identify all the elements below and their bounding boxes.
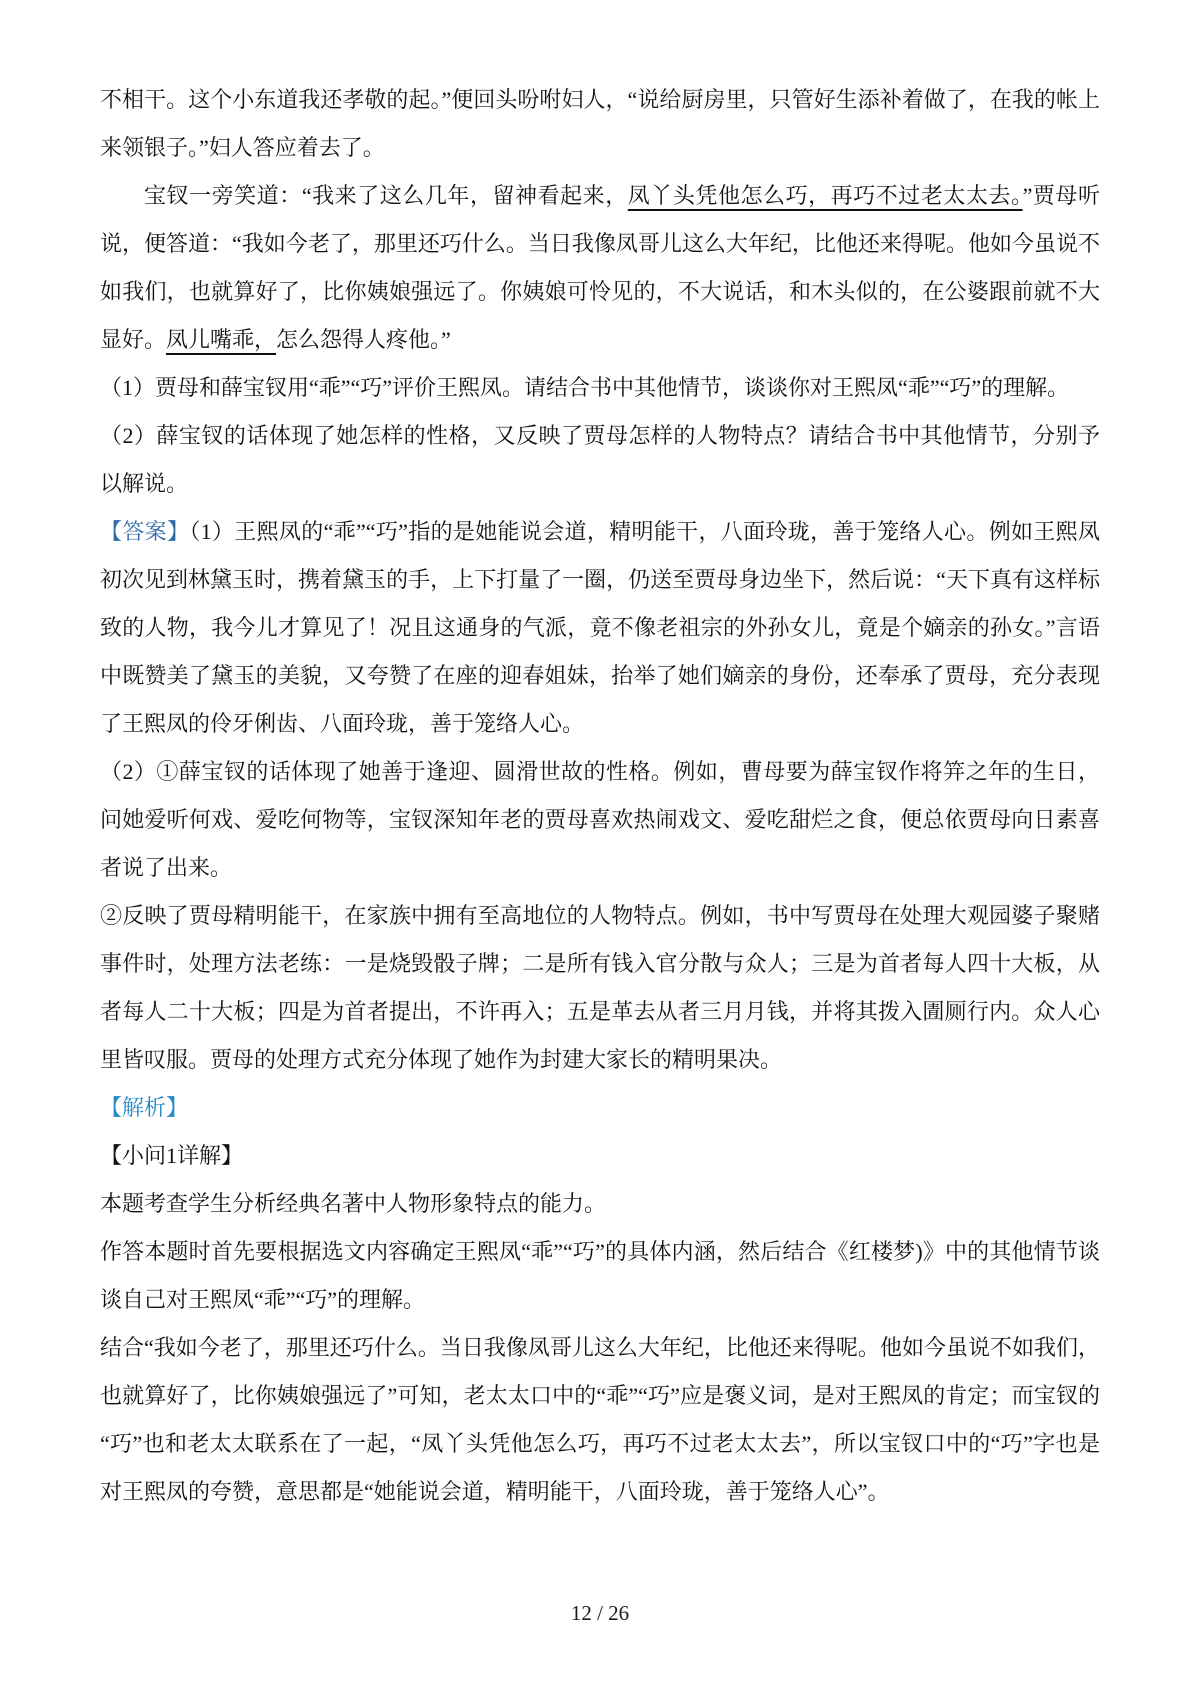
text-run: 不相干。这个小东道我还孝敬的起。”便回头吩咐妇人，“说给厨房里，只管好生添补着做… bbox=[100, 87, 1100, 160]
question-2: （2）薛宝钗的话体现了她怎样的性格，又反映了贾母怎样的人物特点？请结合书中其他情… bbox=[100, 412, 1100, 508]
document-body: 不相干。这个小东道我还孝敬的起。”便回头吩咐妇人，“说给厨房里，只管好生添补着做… bbox=[100, 76, 1100, 1516]
analysis-label: 【解析】 bbox=[100, 1084, 1100, 1132]
text-run: ②反映了贾母精明能干，在家族中拥有至高地位的人物特点。例如，书中写贾母在处理大观… bbox=[100, 903, 1100, 1072]
text-run: （2）薛宝钗的话体现了她怎样的性格，又反映了贾母怎样的人物特点？请结合书中其他情… bbox=[100, 423, 1100, 496]
answer-part-2-point-2: ②反映了贾母精明能干，在家族中拥有至高地位的人物特点。例如，书中写贾母在处理大观… bbox=[100, 892, 1100, 1084]
answer-part-1: 【答案】（1）王熙凤的“乖”“巧”指的是她能说会道，精明能干，八面玲珑，善于笼络… bbox=[100, 508, 1100, 748]
document-page: 不相干。这个小东道我还孝敬的起。”便回头吩咐妇人，“说给厨房里，只管好生添补着做… bbox=[0, 0, 1200, 1697]
underlined-text: 凤儿嘴乖， bbox=[166, 327, 276, 352]
text-run: 【小问1详解】 bbox=[100, 1143, 243, 1168]
text-run: 本题考查学生分析经典名著中人物形象特点的能力。 bbox=[100, 1191, 606, 1216]
source-excerpt-baochai-dialogue: 宝钗一旁笑道：“我来了这么几年，留神看起来，凤丫头凭他怎么巧，再巧不过老太太去。… bbox=[100, 172, 1100, 364]
text-run: 宝钗一旁笑道：“我来了这么几年，留神看起来， bbox=[144, 183, 628, 208]
answer-part-2-point-1: （2）①薛宝钗的话体现了她善于逢迎、圆滑世故的性格。例如，曹母要为薛宝钗作将笄之… bbox=[100, 748, 1100, 892]
analysis-point-1: 本题考查学生分析经典名著中人物形象特点的能力。 bbox=[100, 1180, 1100, 1228]
text-run: 怎么怨得人疼他。” bbox=[276, 327, 451, 352]
page-number: 12 / 26 bbox=[571, 1601, 629, 1625]
page-footer: 12 / 26 bbox=[0, 1598, 1200, 1628]
analysis-point-2: 作答本题时首先要根据选文内容确定王熙凤“乖”“巧”的具体内涵，然后结合《红楼梦)… bbox=[100, 1228, 1100, 1324]
analysis-label: 【解析】 bbox=[100, 1095, 188, 1120]
question-1: （1）贾母和薛宝钗用“乖”“巧”评价王熙凤。请结合书中其他情节，谈谈你对王熙凤“… bbox=[100, 364, 1100, 412]
sub-question-1-heading: 【小问1详解】 bbox=[100, 1132, 1100, 1180]
analysis-point-3: 结合“我如今老了，那里还巧什么。当日我像凤哥儿这么大年纪，比他还来得呢。他如今虽… bbox=[100, 1324, 1100, 1516]
text-run: （1）王熙凤的“乖”“巧”指的是她能说会道，精明能干，八面玲珑，善于笼络人心。例… bbox=[100, 519, 1100, 736]
text-run: 结合“我如今老了，那里还巧什么。当日我像凤哥儿这么大年纪，比他还来得呢。他如今虽… bbox=[100, 1335, 1100, 1504]
source-excerpt-continuation: 不相干。这个小东道我还孝敬的起。”便回头吩咐妇人，“说给厨房里，只管好生添补着做… bbox=[100, 76, 1100, 172]
text-run: （1）贾母和薛宝钗用“乖”“巧”评价王熙凤。请结合书中其他情节，谈谈你对王熙凤“… bbox=[100, 375, 1069, 400]
text-run: （2）①薛宝钗的话体现了她善于逢迎、圆滑世故的性格。例如，曹母要为薛宝钗作将笄之… bbox=[100, 759, 1100, 880]
text-run: 作答本题时首先要根据选文内容确定王熙凤“乖”“巧”的具体内涵，然后结合《红楼梦)… bbox=[100, 1239, 1100, 1312]
underlined-text: 凤丫头凭他怎么巧，再巧不过老太太去。 bbox=[628, 183, 1023, 208]
answer-label: 【答案】 bbox=[100, 519, 189, 544]
